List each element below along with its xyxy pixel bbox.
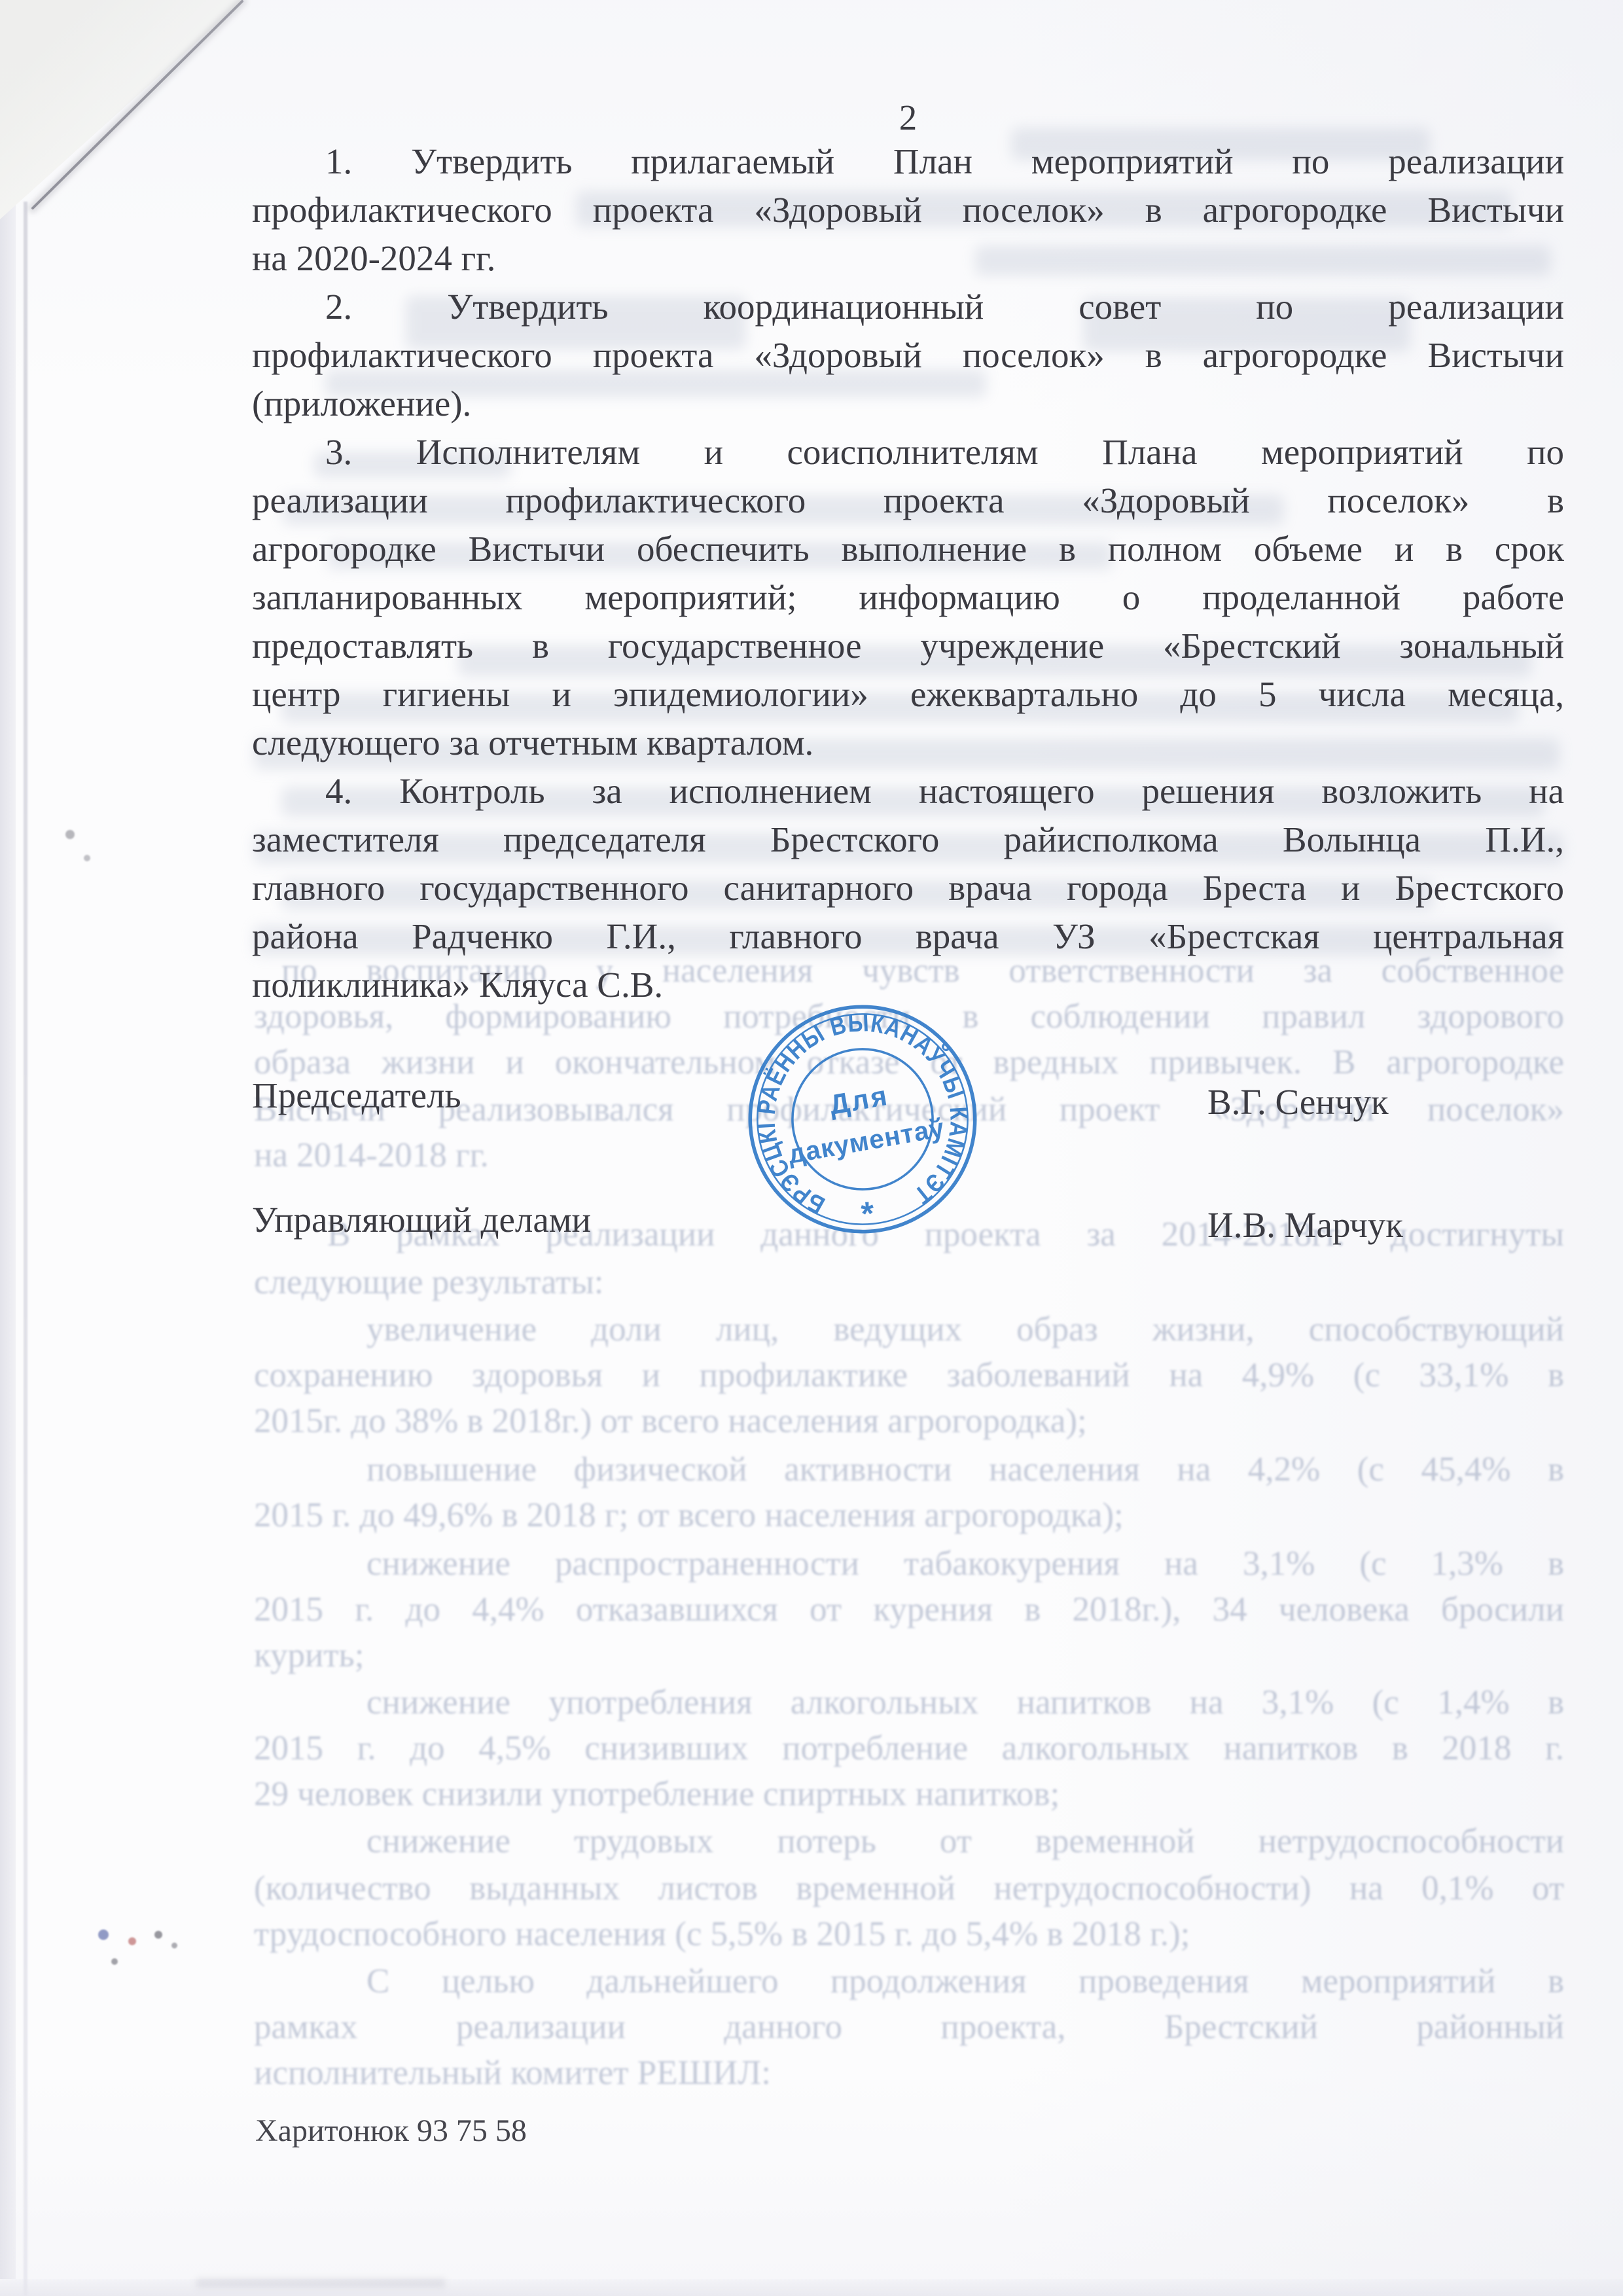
paragraph-line: профилактического проекта «Здоровый посе… [252, 189, 1564, 238]
scan-speck [65, 830, 75, 839]
paragraph-line: главного государственного санитарного вр… [252, 867, 1564, 916]
paragraph: 2. Утвердить координационный совет по ре… [252, 286, 1564, 431]
bleedthrough-line: снижение распространенности табакокурени… [366, 1543, 1564, 1584]
bleedthrough-line: рамках реализации данного проекта, Брест… [254, 2007, 1564, 2047]
bleedthrough-line: следующие результаты: [254, 1262, 1564, 1302]
official-stamp: БРЭСЦКІ РАЁННЫ ВЫКАНАЎЧЫ КАМІТЭТ * Для д… [724, 980, 1002, 1259]
bleedthrough-line: 2015 г. до 49,6% в 2018 г; от всего насе… [254, 1495, 1564, 1535]
scan-speck [171, 1943, 177, 1948]
paragraph-line: реализации профилактического проекта «Зд… [252, 480, 1564, 528]
bleedthrough-line: повышение физической активности населени… [366, 1449, 1564, 1490]
paragraph-line: агрогородке Вистычи обеспечить выполнени… [252, 528, 1564, 577]
scan-speck [84, 855, 90, 861]
paragraph-line: 2. Утвердить координационный совет по ре… [252, 286, 1564, 334]
bleedthrough-line: курить; [254, 1635, 1564, 1676]
bleedthrough-line: 2015 г. до 4,5% снизивших потребление ал… [254, 1728, 1564, 1768]
paragraph-line: района Радченко Г.И., главного врача УЗ … [252, 916, 1564, 964]
page-number: 2 [252, 97, 1564, 138]
stamp-star-icon: * [860, 1194, 875, 1232]
scan-speck [154, 1931, 162, 1939]
bleedthrough-line: исполнительный комитет РЕШИЛ: [254, 2053, 1564, 2093]
paragraph-line: запланированных мероприятий; информацию … [252, 577, 1564, 625]
paragraph-line: центр гигиены и эпидемиологии» ежекварта… [252, 673, 1564, 722]
signature-name-manager: И.В. Марчук [1207, 1204, 1403, 1246]
stamp-center-text-line1: Для [827, 1080, 891, 1121]
paragraph-line: заместителя председателя Брестского райи… [252, 819, 1564, 867]
bleedthrough-line: 2015 г. до 4,4% отказавшихся от курения … [254, 1589, 1564, 1630]
signature-name-chairman: В.Г. Сенчук [1207, 1081, 1389, 1122]
bleedthrough-line: трудоспособного населения (с 5,5% в 2015… [254, 1914, 1564, 1954]
stamp-center-text-line2: дакументаў [786, 1112, 947, 1169]
bleedthrough-line: (количество выданных листов временной не… [254, 1868, 1564, 1909]
scan-speck [128, 1937, 136, 1945]
paragraph-line: профилактического проекта «Здоровый посе… [252, 334, 1564, 383]
paragraph: 4. Контроль за исполнением настоящего ре… [252, 770, 1564, 1013]
paragraph-line: предоставлять в государственное учрежден… [252, 625, 1564, 673]
executor-contact: Харитонюк 93 75 58 [255, 2113, 527, 2149]
bleedthrough-line: снижение употребления алкогольных напитк… [366, 1682, 1564, 1723]
signature-title-chairman: Председатель [252, 1075, 461, 1116]
signature-title-manager: Управляющий делами [252, 1199, 591, 1240]
paragraph-line: 4. Контроль за исполнением настоящего ре… [252, 770, 1564, 819]
paragraph-line: на 2020-2024 гг. [252, 238, 1564, 286]
bleedthrough-line: 2015г. до 38% в 2018г.) от всего населен… [254, 1401, 1564, 1441]
paragraph: 1. Утвердить прилагаемый План мероприяти… [252, 141, 1564, 286]
bleedthrough-line: сохранению здоровья и профилактике забол… [254, 1355, 1564, 1395]
paragraph-line: следующего за отчетным кварталом. [252, 722, 1564, 770]
bleedthrough-line: 29 человек снизили употребление спиртных… [254, 1774, 1564, 1814]
paragraph-line: 3. Исполнителям и соисполнителям Плана м… [252, 431, 1564, 480]
bleedthrough-line: увеличение доли лиц, ведущих образ жизни… [366, 1309, 1564, 1350]
scan-speck [111, 1958, 118, 1965]
paragraph-line: 1. Утвердить прилагаемый План мероприяти… [252, 141, 1564, 189]
bleedthrough-line: С целью дальнейшего продолжения проведен… [366, 1961, 1564, 2001]
paragraph: 3. Исполнителям и соисполнителям Плана м… [252, 431, 1564, 770]
paragraph-line: (приложение). [252, 383, 1564, 431]
bleedthrough-line: снижение трудовых потерь от временной не… [366, 1821, 1564, 1861]
scan-speck [98, 1929, 109, 1940]
